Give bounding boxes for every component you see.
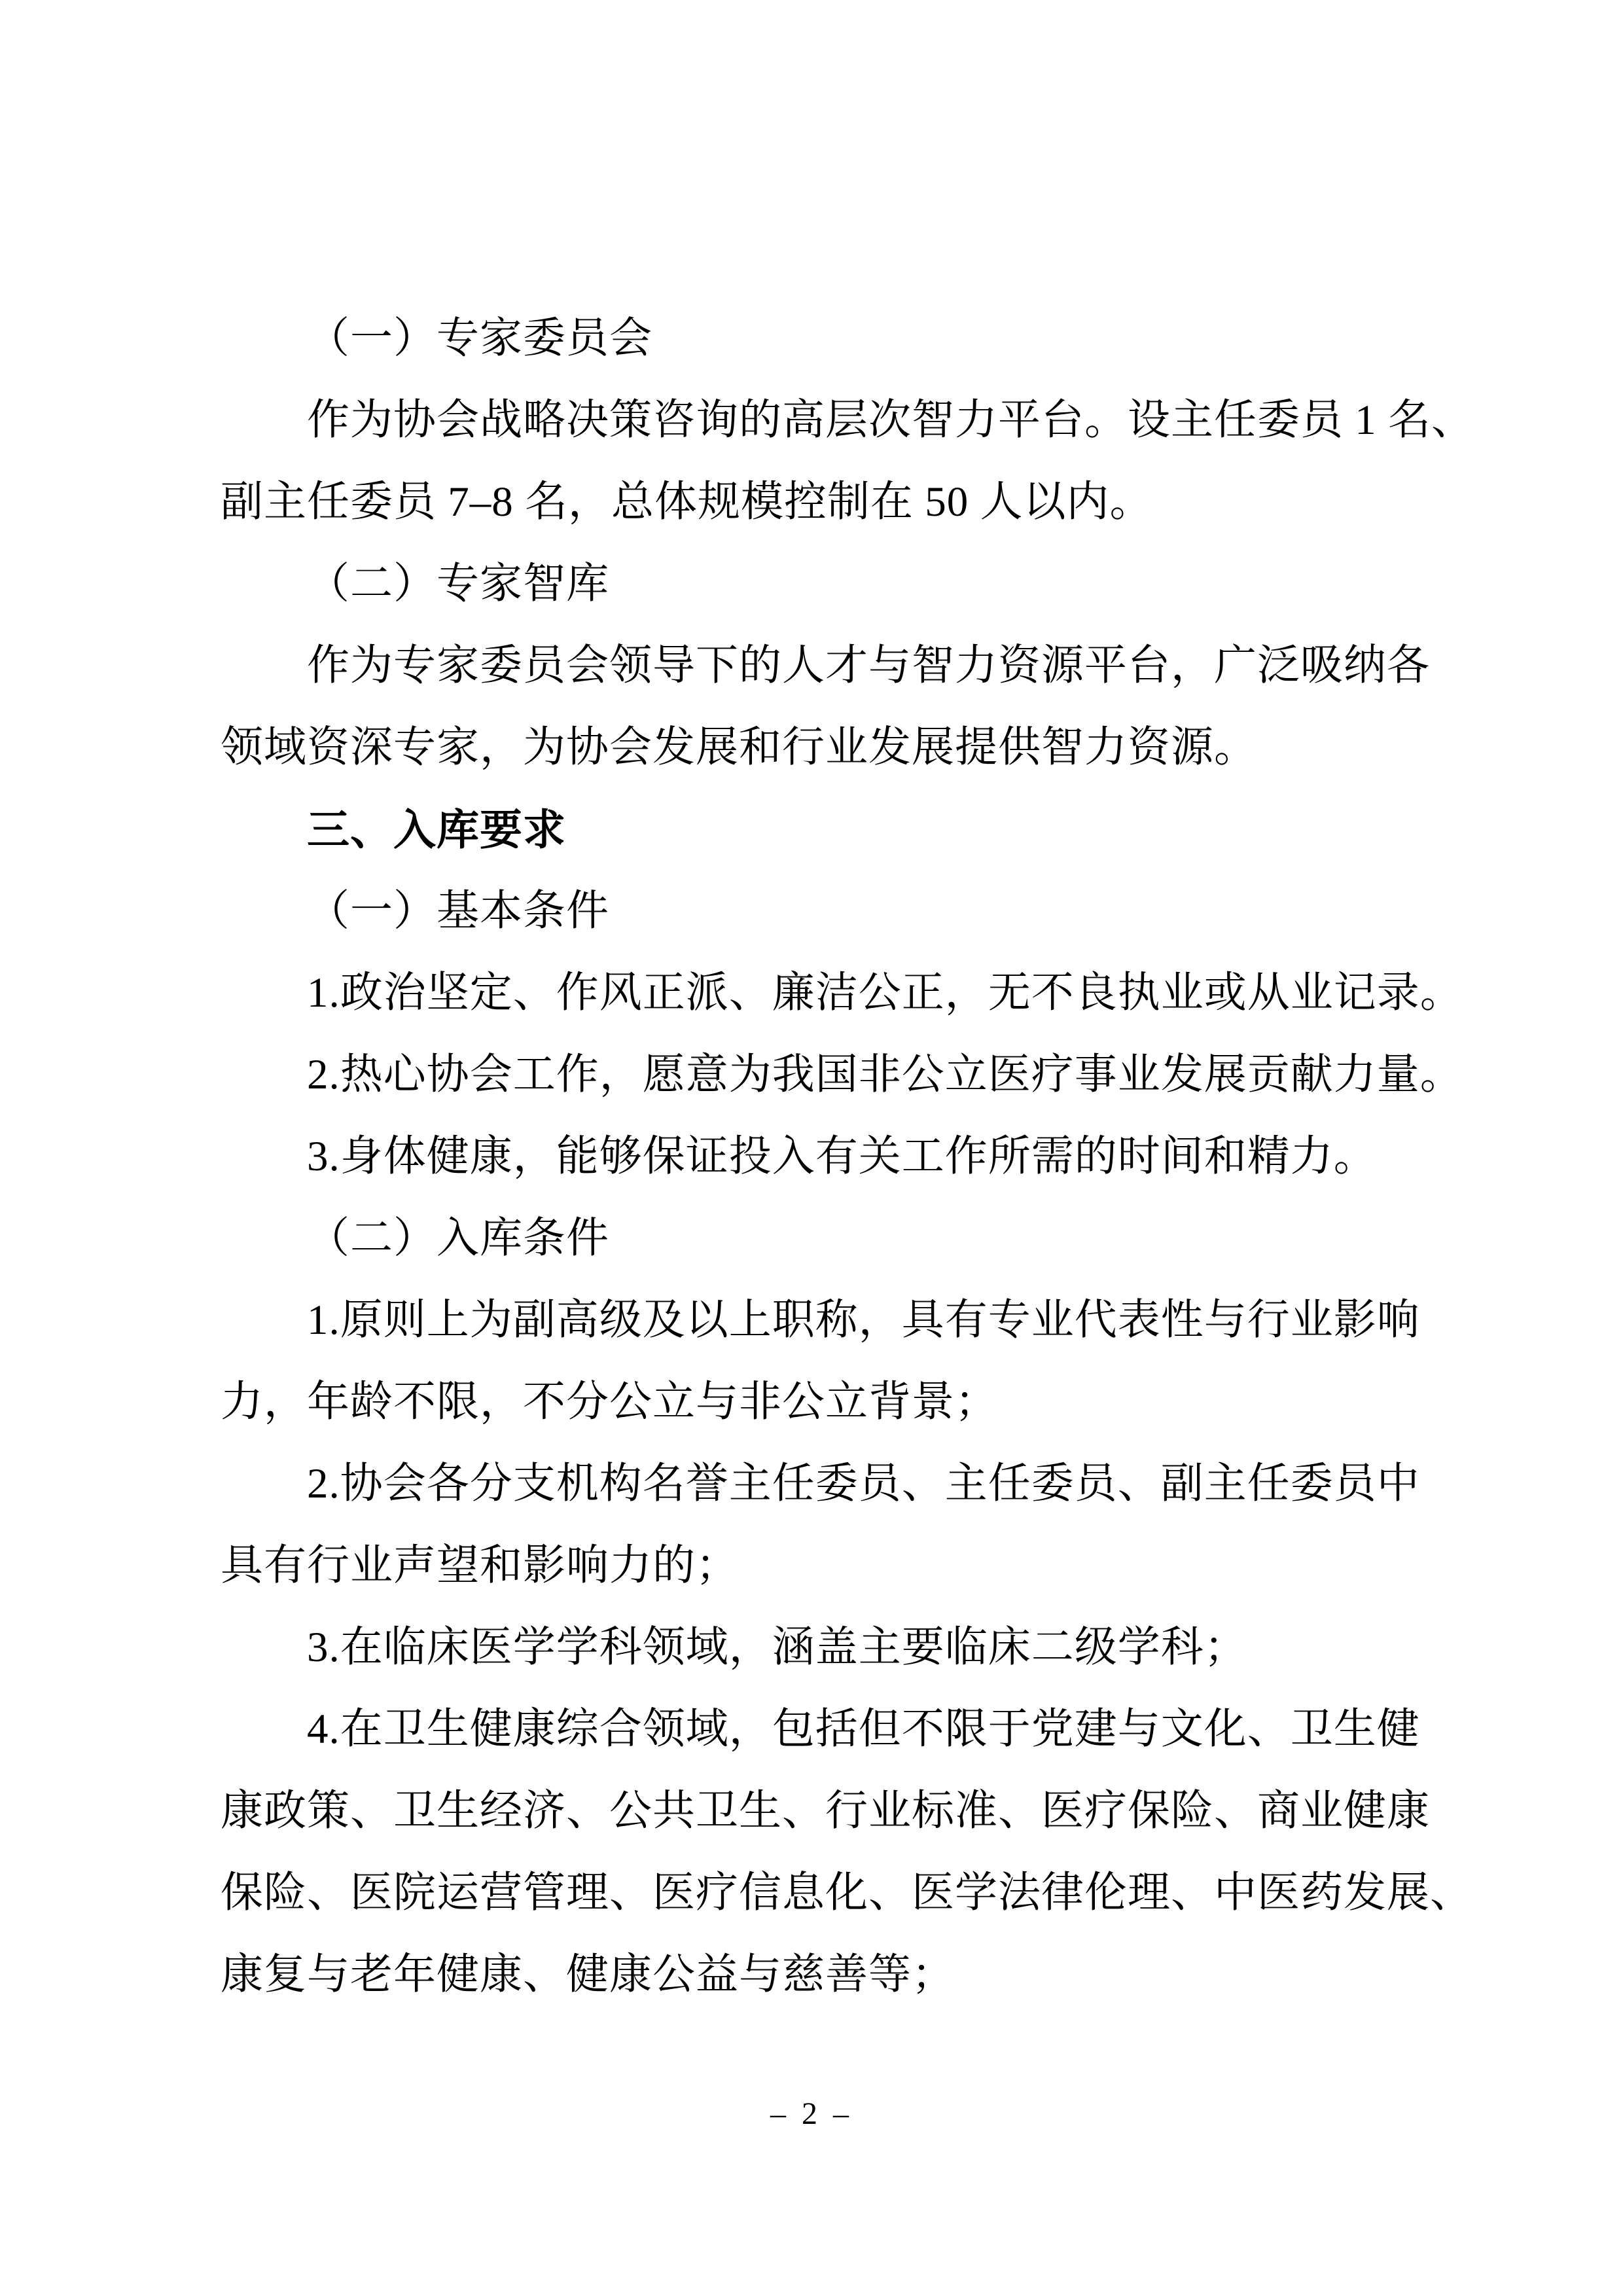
document-body: （一）专家委员会 作为协会战略决策咨询的高层次智力平台。设主任委员 1 名、 副… — [221, 298, 1415, 2016]
subsection-heading-expert-thinktank: （二）专家智库 — [221, 543, 1415, 625]
document-page: （一）专家委员会 作为协会战略决策咨询的高层次智力平台。设主任委员 1 名、 副… — [0, 0, 1623, 2296]
paragraph-line: 4.在卫生健康综合领域，包括但不限于党建与文化、卫生健 — [221, 1689, 1415, 1770]
paragraph-line: 具有行业声望和影响力的； — [221, 1525, 1415, 1607]
paragraph-line: 作为协会战略决策咨询的高层次智力平台。设主任委员 1 名、 — [221, 380, 1415, 461]
subsection-heading-basic-conditions: （一）基本条件 — [221, 870, 1415, 952]
section-heading-entry-requirements: 三、入库要求 — [221, 789, 1415, 870]
page-number: – 2 – — [0, 2093, 1623, 2135]
paragraph-line: 康复与老年健康、健康公益与慈善等； — [221, 1934, 1415, 2016]
paragraph-line: 力，年龄不限，不分公立与非公立背景； — [221, 1361, 1415, 1443]
subsection-heading-entry-conditions: （二）入库条件 — [221, 1198, 1415, 1280]
paragraph-line: 领域资深专家，为协会发展和行业发展提供智力资源。 — [221, 707, 1415, 789]
paragraph-line: 保险、医院运营管理、医疗信息化、医学法律伦理、中医药发展、 — [221, 1852, 1415, 1934]
paragraph-line: 3.身体健康，能够保证投入有关工作所需的时间和精力。 — [221, 1116, 1415, 1198]
paragraph-line: 2.热心协会工作，愿意为我国非公立医疗事业发展贡献力量。 — [221, 1034, 1415, 1116]
paragraph-line: 2.协会各分支机构名誉主任委员、主任委员、副主任委员中 — [221, 1443, 1415, 1525]
paragraph-line: 1.原则上为副高级及以上职称，具有专业代表性与行业影响 — [221, 1280, 1415, 1361]
paragraph-line: 副主任委员 7–8 名，总体规模控制在 50 人以内。 — [221, 461, 1415, 543]
paragraph-line: 3.在临床医学学科领域，涵盖主要临床二级学科； — [221, 1607, 1415, 1689]
paragraph-line: 康政策、卫生经济、公共卫生、行业标准、医疗保险、商业健康 — [221, 1770, 1415, 1852]
subsection-heading-expert-committee: （一）专家委员会 — [221, 298, 1415, 380]
paragraph-line: 作为专家委员会领导下的人才与智力资源平台，广泛吸纳各 — [221, 625, 1415, 707]
paragraph-line: 1.政治坚定、作风正派、廉洁公正，无不良执业或从业记录。 — [221, 952, 1415, 1034]
